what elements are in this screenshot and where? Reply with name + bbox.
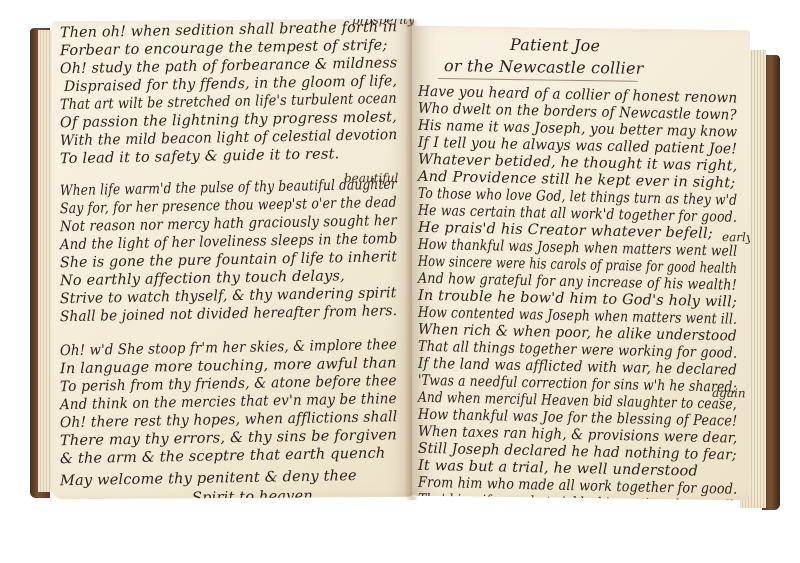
handwritten-line: Spirit to heaven <box>192 488 313 499</box>
left-page: Then oh! when sedition shall breathe for… <box>52 19 414 500</box>
handwritten-line: Shall be joined not divided hereafter fr… <box>60 303 397 325</box>
handwritten-line: & the arm & the sceptre that earth quenc… <box>60 446 386 468</box>
title-underline <box>438 78 638 82</box>
handwritten-line: With the mild beacon light of celestial … <box>60 127 397 149</box>
open-manuscript-notebook: Then oh! when sedition shall breathe for… <box>0 0 800 563</box>
handwritten-line: May welcome thy penitent & deny thee <box>60 468 357 489</box>
margin-note: again <box>712 386 746 400</box>
poem-subtitle: or the Newcastle collier <box>444 56 644 78</box>
handwritten-line: She is gone the pure fountain of life to… <box>60 249 397 271</box>
right-page: Patient Joe or the Newcastle collier Hav… <box>412 26 750 501</box>
right-page-text: Patient Joe or the Newcastle collier Hav… <box>412 26 750 501</box>
handwritten-line: To lead it to safety & guide it to rest. <box>60 146 340 167</box>
margin-note: early <box>722 230 750 244</box>
left-page-text: Then oh! when sedition shall breathe for… <box>52 19 414 500</box>
poem-title: Patient Joe <box>510 35 600 55</box>
margin-note: beautiful <box>344 171 398 185</box>
